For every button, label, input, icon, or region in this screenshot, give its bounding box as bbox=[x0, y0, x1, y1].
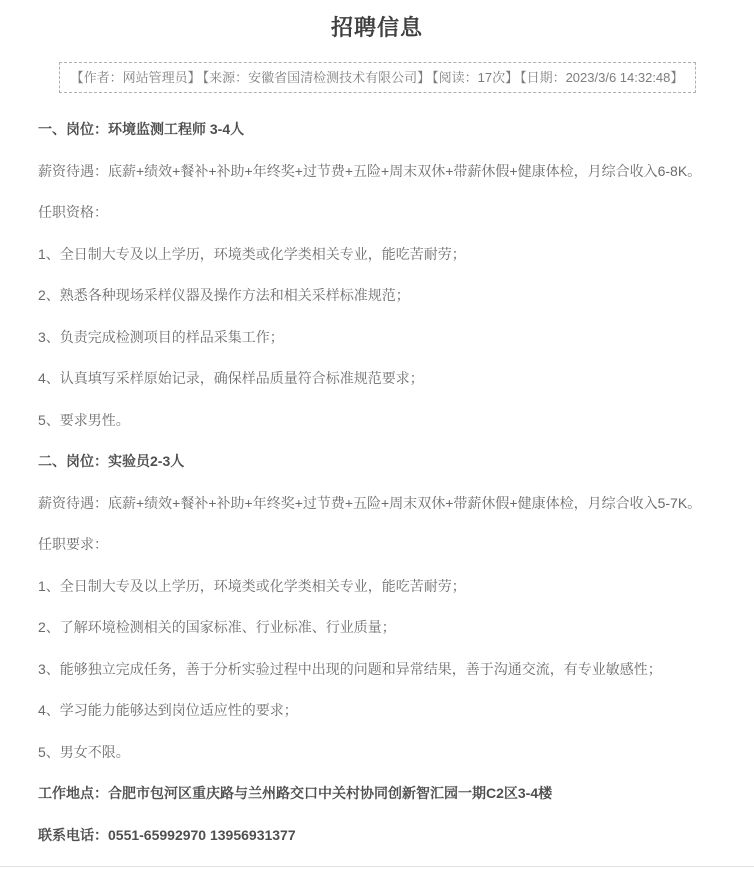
job1-requirement-2: 2、熟悉各种现场采样仪器及操作方法和相关采样标准规范； bbox=[38, 285, 716, 306]
job2-requirement-1: 1、全日制大专及以上学历，环境类或化学类相关专业，能吃苦耐劳； bbox=[38, 576, 716, 597]
job2-requirement-3: 3、能够独立完成任务，善于分析实验过程中出现的问题和异常结果，善于沟通交流，有专… bbox=[38, 659, 716, 680]
job1-requirement-3: 3、负责完成检测项目的样品采集工作； bbox=[38, 327, 716, 348]
meta-date: 【日期：2023/3/6 14:32:48】 bbox=[520, 70, 683, 85]
work-location: 工作地点：合肥市包河区重庆路与兰州路交口中关村协同创新智汇园一期C2区3-4楼 bbox=[38, 783, 716, 804]
job2-requirement-2: 2、了解环境检测相关的国家标准、行业标准、行业质量； bbox=[38, 617, 716, 638]
job1-requirement-5: 5、要求男性。 bbox=[38, 410, 716, 431]
bottom-divider bbox=[0, 866, 754, 867]
job2-salary: 薪资待遇：底薪+绩效+餐补+补助+年终奖+过节费+五险+周末双休+带薪休假+健康… bbox=[38, 493, 716, 514]
job1-salary: 薪资待遇：底薪+绩效+餐补+补助+年终奖+过节费+五险+周末双休+带薪休假+健康… bbox=[38, 161, 716, 182]
job2-requirement-4: 4、学习能力能够达到岗位适应性的要求； bbox=[38, 700, 716, 721]
job1-requirement-1: 1、全日制大专及以上学历，环境类或化学类相关专业，能吃苦耐劳； bbox=[38, 244, 716, 265]
contact-phone: 联系电话：0551-65992970 13956931377 bbox=[38, 825, 716, 846]
job2-requirements-label: 任职要求： bbox=[38, 534, 716, 555]
recruitment-info-page: 招聘信息 【作者：网站管理员】【来源：安徽省国清检测技术有限公司】【阅读：17次… bbox=[0, 0, 754, 875]
job1-requirements-label: 任职资格： bbox=[38, 202, 716, 223]
meta-author: 【作者：网站管理员】 bbox=[71, 70, 201, 85]
job1-requirement-4: 4、认真填写采样原始记录，确保样品质量符合标准规范要求； bbox=[38, 368, 716, 389]
meta-views: 【阅读：17次】 bbox=[432, 70, 518, 85]
job2-heading: 二、岗位：实验员2-3人 bbox=[38, 451, 716, 472]
article-meta-bar: 【作者：网站管理员】【来源：安徽省国清检测技术有限公司】【阅读：17次】【日期：… bbox=[59, 62, 696, 93]
article-body: 一、岗位：环境监测工程师 3-4人 薪资待遇：底薪+绩效+餐补+补助+年终奖+过… bbox=[38, 119, 716, 846]
job2-requirement-5: 5、男女不限。 bbox=[38, 742, 716, 763]
page-title: 招聘信息 bbox=[0, 0, 754, 41]
meta-source: 【来源：安徽省国清检测技术有限公司】 bbox=[203, 70, 431, 85]
job1-heading: 一、岗位：环境监测工程师 3-4人 bbox=[38, 119, 716, 140]
